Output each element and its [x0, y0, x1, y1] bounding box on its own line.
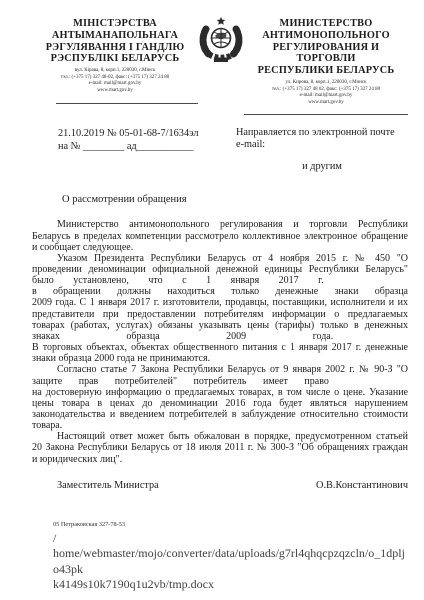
body-line: цены товара в ценах до деноминации 2016 …	[32, 398, 408, 409]
body-line: защите прав потребителей" потребитель им…	[32, 376, 408, 387]
body-line: проведении деноминации официальной денеж…	[32, 264, 408, 275]
body-line: на достоверную информацию о предлагаемых…	[32, 387, 408, 398]
ministry-title-ru-line: РЕГУЛИРОВАНИЯ И ТОРГОВЛИ	[244, 42, 408, 66]
ministry-title-by-line: РЭСПУБЛІКІ БЕЛАРУСЬ	[32, 53, 198, 65]
body-paragraph-4: Настоящий ответ может быть обжалован в п…	[32, 431, 408, 464]
addressee-extra: и другим	[236, 161, 408, 172]
body-line: в обращении должны находиться только ден…	[32, 286, 408, 297]
signature-row: Заместитель Министра О.В.Константинович	[57, 480, 408, 491]
letterhead: МІНІСТЭРСТВА АНТЫМАНАПОЛЬНАГА РЭГУЛЯВАНН…	[32, 14, 408, 115]
footer: 05 Петраковская 327-78-53 / home/webmast…	[53, 521, 408, 593]
body-line: представители при предоставлении потреби…	[32, 309, 408, 320]
body-line: Беларусь в пределах компетенции рассмотр…	[32, 231, 408, 242]
address-line: www.mart.gov.by	[244, 100, 408, 107]
ministry-title-ru-line: РЕСПУБЛИКИ БЕЛАРУСЬ	[244, 65, 408, 77]
reply-reference: на № ________ ад___________	[58, 140, 198, 153]
ministry-block-by: МІНІСТЭРСТВА АНТЫМАНАПОЛЬНАГА РЭГУЛЯВАНН…	[32, 14, 198, 104]
letter-document: МІНІСТЭРСТВА АНТЫМАНАПОЛЬНАГА РЭГУЛЯВАНН…	[0, 0, 424, 600]
body-line: знаки образца 2000 года не принимаются.	[32, 353, 408, 364]
body-paragraph-2: Указом Президента Республики Беларусь от…	[32, 253, 408, 365]
ministry-title-by: МІНІСТЭРСТВА АНТЫМАНАПОЛЬНАГА РЭГУЛЯВАНН…	[32, 18, 198, 65]
body-line: товара.	[32, 420, 408, 431]
delivery-email-label: e-mail:	[236, 139, 408, 151]
body-line: знаках образца 2009 года.	[32, 331, 408, 342]
address-line: тел.: (+375 17) 327 48 02, факс: (+375 1…	[244, 87, 408, 94]
subject-line: О рассмотрении обращения	[62, 194, 408, 205]
ministry-address-by: вул. Кірава, 8, корп.1, 220030, г.Мінск …	[32, 68, 198, 94]
ministry-block-ru: МИНИСТЕРСТВО АНТИМОНОПОЛЬНОГО РЕГУЛИРОВА…	[244, 14, 408, 115]
body-line: и сообщает следующее.	[32, 242, 408, 253]
body-line: В торговых объектах, объектах общественн…	[32, 342, 408, 353]
file-path-line: /	[53, 531, 408, 547]
body-line: товарах (работах, услугах) обязаны указы…	[32, 320, 408, 331]
address-line: www.mart.gov.by	[32, 88, 198, 95]
ministry-title-ru: МИНИСТЕРСТВО АНТИМОНОПОЛЬНОГО РЕГУЛИРОВА…	[244, 18, 408, 77]
ministry-title-by-line: МІНІСТЭРСТВА	[32, 18, 198, 30]
letterhead-rule-right	[244, 114, 408, 115]
ministry-title-ru-line: МИНИСТЕРСТВО	[244, 18, 408, 30]
belarus-state-emblem-icon	[198, 14, 244, 64]
body-line: 20 Закона Республики Беларусь от 18 июля…	[32, 442, 408, 453]
body-paragraph-3: Согласно статье 7 Закона Республики Бела…	[32, 364, 408, 431]
ministry-title-by-line: РЭГУЛЯВАННЯ І ГАНДЛЮ	[32, 42, 198, 54]
file-path-line: home/webmaster/mojo/converter/data/uploa…	[53, 546, 408, 577]
address-line: вул. Кірава, 8, корп.1, 220030, г.Мінск	[32, 68, 198, 75]
body-line: Министерство антимонопольного регулирова…	[32, 219, 408, 230]
outgoing-date-number: 21.10.2019 № 05-01-68-7/1634эл	[58, 127, 198, 140]
body-paragraph-1: Министерство антимонопольного регулирова…	[32, 219, 408, 252]
address-line: e-mail: mail@mart.gov.by	[244, 93, 408, 100]
ministry-address-ru: ул. Кирова, 8, корп.1, 220030, г.Минск т…	[244, 80, 408, 106]
address-line: тэл.: (+375 17) 327 48-02, факс: (+375 1…	[32, 75, 198, 82]
ministry-title-by-line: АНТЫМАНАПОЛЬНАГА	[32, 30, 198, 42]
body-line: и юридических лиц".	[32, 454, 408, 465]
body-line: законодательства и введением потребителе…	[32, 409, 408, 420]
ministry-title-ru-line: АНТИМОНОПОЛЬНОГО	[244, 30, 408, 42]
reference-row: 21.10.2019 № 05-01-68-7/1634эл на № ____…	[32, 127, 408, 153]
executor-note: 05 Петраковская 327-78-53	[53, 521, 408, 528]
body-line: было установлено, что с 1 января 2017 г.	[32, 275, 408, 286]
body-line: Указом Президента Республики Беларусь от…	[32, 253, 408, 264]
body-line: Настоящий ответ может быть обжалован в п…	[32, 431, 408, 442]
body-line: Согласно статье 7 Закона Республики Бела…	[32, 364, 408, 375]
outgoing-reference: 21.10.2019 № 05-01-68-7/1634эл на № ____…	[58, 127, 198, 153]
letter-body: Министерство антимонопольного регулирова…	[32, 219, 408, 464]
signature-position: Заместитель Министра	[57, 480, 159, 491]
file-path-line: k4149s10k7190q1u2vb/tmp.docx	[53, 577, 408, 593]
signature-name: О.В.Константинович	[316, 480, 408, 491]
letterhead-rule-left	[56, 103, 198, 104]
file-path: / home/webmaster/mojo/converter/data/upl…	[53, 531, 408, 593]
delivery-method: Направляется по электронной почте	[236, 127, 408, 139]
delivery-note: Направляется по электронной почте e-mail…	[236, 127, 408, 153]
address-line: e-mail: mail@mart.gov.by	[32, 81, 198, 88]
address-line: ул. Кирова, 8, корп.1, 220030, г.Минск	[244, 80, 408, 87]
body-line: 2009 года. С 1 января 2017 г. изготовите…	[32, 297, 408, 308]
